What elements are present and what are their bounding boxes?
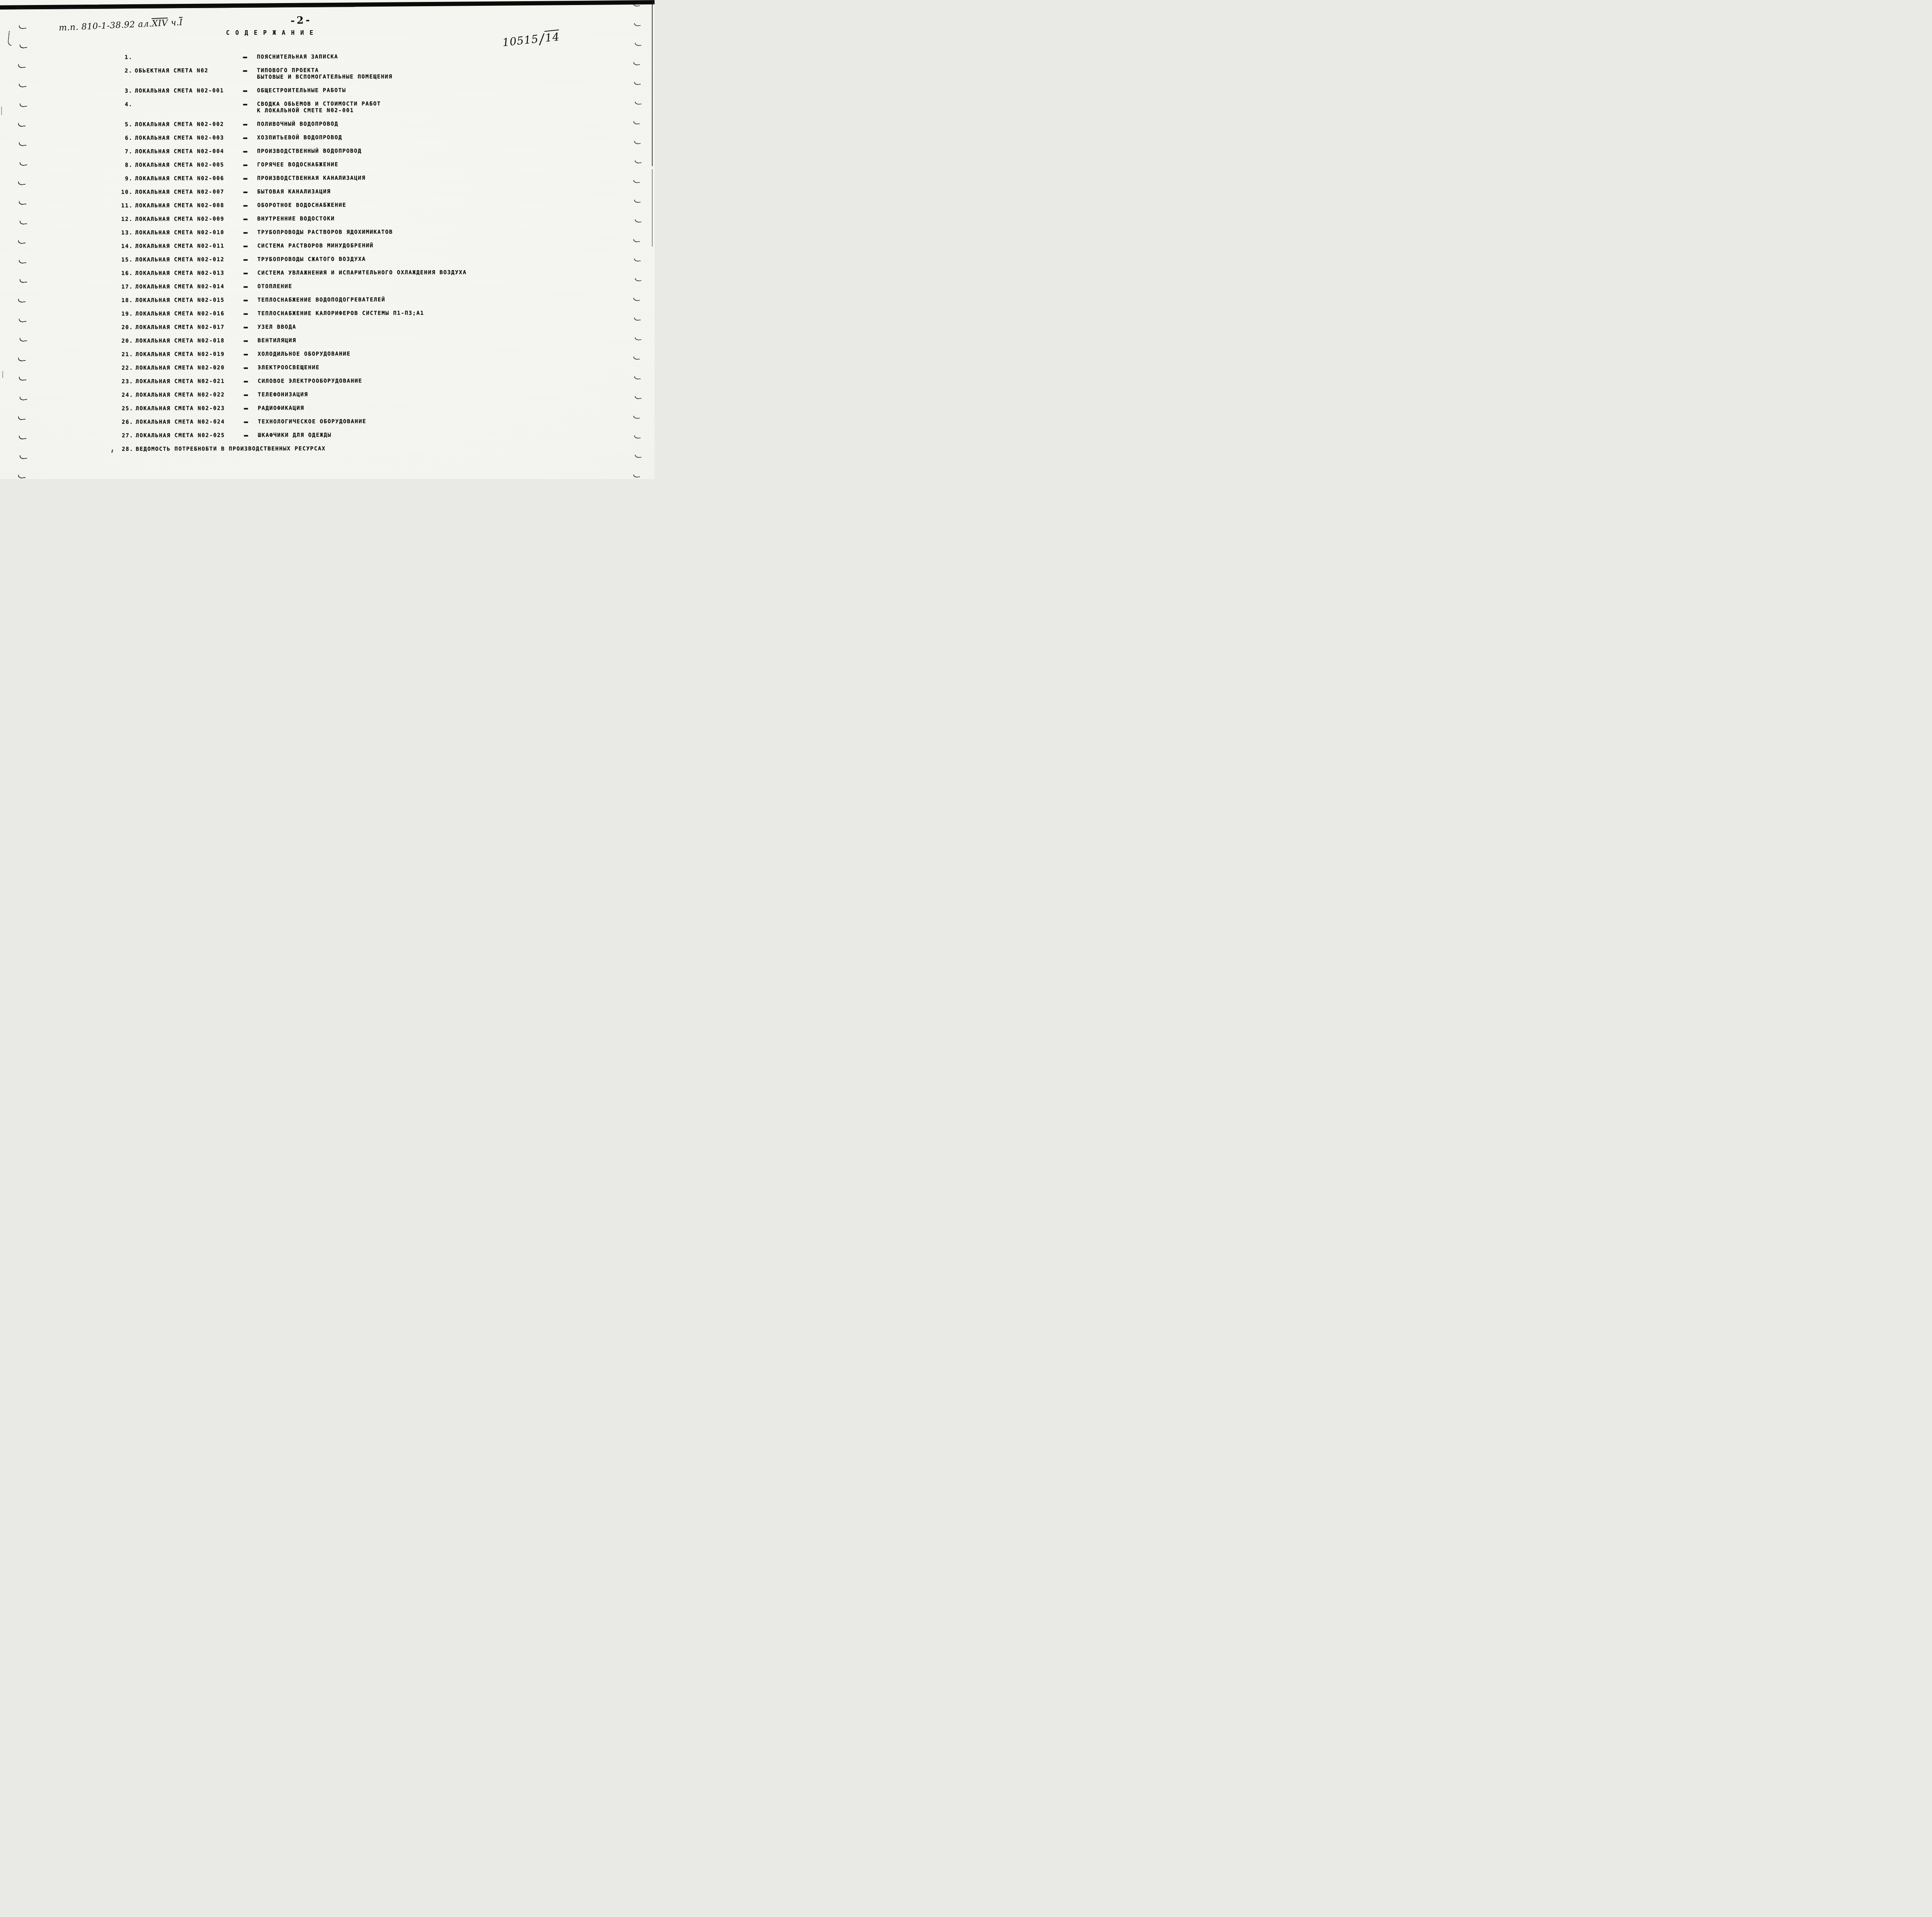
registration-mark	[633, 121, 640, 124]
registration-mark	[635, 42, 642, 46]
estimate-name: ЛОКАЛЬНАЯ СМЕТА N02-011	[135, 243, 243, 250]
separator-col	[243, 297, 257, 301]
separator-col	[243, 324, 257, 328]
separator-col	[242, 88, 257, 92]
estimate-name: ЛОКАЛЬНАЯ СМЕТА N02-024	[136, 419, 243, 426]
registration-mark	[635, 101, 642, 105]
registration-mark	[19, 454, 27, 459]
dash-icon	[243, 300, 248, 301]
item-description: СИСТЕМА УВЛАЖНЕНИЯ И ИСПАРИТЕЛЬНОГО ОХЛА…	[257, 269, 564, 276]
estimate-name: ЛОКАЛЬНАЯ СМЕТА N02-010	[135, 230, 243, 236]
estimate-name: ЛОКАЛЬНАЯ СМЕТА N02-014	[135, 284, 243, 291]
item-description: ТЕХНОЛОГИЧЕСКОЕ ОБОРУДОВАНИЕ	[258, 418, 565, 425]
item-number: 20.	[116, 338, 133, 344]
toc-row: 26. ЛОКАЛЬНАЯ СМЕТА N02-024 ТЕХНОЛОГИЧЕС…	[116, 418, 565, 425]
item-description: ПРОИЗВОДСТВЕННАЯ КАНАЛИЗАЦИЯ	[257, 174, 564, 182]
registration-mark	[18, 122, 26, 127]
registration-mark	[19, 376, 26, 381]
toc-row: 14. ЛОКАЛЬНАЯ СМЕТА N02-011 СИСТЕМА РАСТ…	[116, 242, 564, 250]
item-number: 26.	[116, 419, 133, 425]
separator-col	[242, 175, 257, 180]
toc-row: 11. ЛОКАЛЬНАЯ СМЕТА N02-008 ОБОРОТНОЕ ВО…	[116, 201, 564, 209]
estimate-name	[135, 54, 242, 54]
estimate-name: ЛОКАЛЬНАЯ СМЕТА N02-008	[135, 202, 243, 209]
item-number: 18.	[116, 297, 133, 304]
item-number: 4.	[116, 101, 133, 108]
toc-row: 10. ЛОКАЛЬНАЯ СМЕТА N02-007 БЫТОВАЯ КАНА…	[116, 188, 564, 196]
registration-mark	[633, 62, 640, 66]
item-description: ПОЯСНИТЕЛЬНАЯ ЗАПИСКА	[257, 53, 564, 60]
separator-col	[243, 392, 258, 396]
registration-mark	[19, 44, 27, 49]
ink-hook-artifact	[7, 31, 13, 46]
registration-mark	[634, 258, 641, 262]
dash-icon	[243, 205, 248, 207]
toc-row: 25. ЛОКАЛЬНАЯ СМЕТА N02-023 РАДИОФИКАЦИЯ	[116, 404, 565, 412]
toc-row: 27. ЛОКАЛЬНАЯ СМЕТА N02-025 ШКАФЧИКИ ДЛЯ…	[116, 431, 565, 439]
registration-mark	[633, 298, 640, 301]
toc-row: 16. ЛОКАЛЬНАЯ СМЕТА N02-013 СИСТЕМА УВЛА…	[116, 269, 564, 277]
item-number: 28.	[116, 446, 133, 452]
estimate-name	[135, 101, 242, 102]
item-description: СИСТЕМА РАСТВОРОВ МИНУДОБРЕНИЙ	[257, 242, 564, 249]
edge-tick-artifact	[1, 107, 2, 115]
item-number: 6.	[116, 135, 133, 141]
estimate-name: ВЕДОМОСТЬ ПОТРЕБНОБТИ В ПРОИЗВОДСТВЕННЫХ…	[136, 446, 325, 452]
item-number: 17.	[116, 284, 133, 290]
registration-mark	[635, 454, 641, 458]
registration-mark	[19, 396, 27, 401]
estimate-name: ОБЬЕКТНАЯ СМЕТА N02	[135, 68, 242, 75]
toc-list: 1. ПОЯСНИТЕЛЬНАЯ ЗАПИСКА 2. ОБЬЕКТНАЯ СМ…	[116, 53, 565, 459]
estimate-name: ЛОКАЛЬНАЯ СМЕТА N02-021	[136, 378, 243, 385]
dash-icon	[243, 178, 247, 180]
separator-col	[242, 162, 257, 166]
doc-code-prefix: т.п. 810-1-38.92 ал.	[59, 19, 152, 33]
separator-col	[243, 378, 258, 383]
item-number: 2.	[116, 68, 133, 74]
estimate-name: ЛОКАЛЬНАЯ СМЕТА N02-018	[136, 338, 243, 345]
dash-icon	[244, 367, 248, 369]
dash-icon	[244, 354, 248, 356]
separator-col	[242, 101, 257, 105]
toc-row: 8. ЛОКАЛЬНАЯ СМЕТА N02-005 ГОРЯЧЕЕ ВОДОС…	[116, 161, 564, 168]
item-number: 11.	[116, 202, 133, 209]
registration-mark	[19, 435, 26, 440]
item-number: 22.	[116, 365, 133, 371]
item-description: ОТОПЛЕНИЕ	[257, 282, 564, 290]
toc-row: 15. ЛОКАЛЬНАЯ СМЕТА N02-012 ТРУБОПРОВОДЫ…	[116, 255, 564, 263]
registration-mark	[19, 278, 27, 283]
dash-icon	[243, 124, 247, 126]
dash-icon	[243, 57, 247, 58]
dash-icon	[243, 273, 248, 274]
dash-icon	[243, 70, 247, 72]
registration-mark	[19, 102, 27, 108]
estimate-name: ЛОКАЛЬНАЯ СМЕТА N02-013	[135, 270, 243, 277]
item-description: ХОЗПИТЬЕВОЙ ВОДОПРОВОД	[257, 134, 564, 141]
item-description: ТЕПЛОСНАБЖЕНИЕ ВОДОПОДОГРЕВАТЕЛЕЙ	[257, 296, 564, 303]
toc-row: 12. ЛОКАЛЬНАЯ СМЕТА N02-009 ВНУТРЕННИЕ В…	[116, 215, 564, 223]
item-description: ТРУБОПРОВОДЫ РАСТВОРОВ ЯДОХИМИКАТОВ	[257, 228, 564, 236]
item-description: СВОДКА ОБЬЕМОВ И СТОИМОСТИ РАБОТК ЛОКАЛЬ…	[257, 100, 564, 114]
item-description: ХОЛОДИЛЬНОЕ ОБОРУДОВАНИЕ	[258, 350, 565, 357]
estimate-name: ЛОКАЛЬНАЯ СМЕТА N02-017	[135, 324, 243, 331]
registration-mark	[19, 220, 27, 225]
doc-code-album: XIV	[151, 18, 168, 29]
registration-mark	[634, 199, 641, 203]
item-number: 9.	[116, 175, 133, 182]
dash-icon	[243, 138, 247, 139]
registration-mark	[19, 161, 27, 166]
registration-mark	[633, 415, 640, 419]
estimate-name: ЛОКАЛЬНАЯ СМЕТА N02-003	[135, 135, 242, 142]
estimate-name: ЛОКАЛЬНАЯ СМЕТА N02-005	[135, 162, 242, 169]
registration-mark	[633, 474, 640, 478]
registration-mark	[635, 160, 642, 164]
item-number: 16.	[116, 270, 133, 277]
toc-row: 24. ЛОКАЛЬНАЯ СМЕТА N02-022 ТЕЛЕФОНИЗАЦИ…	[116, 391, 565, 398]
separator-col	[243, 338, 258, 342]
registration-mark	[19, 317, 26, 323]
item-number: 7.	[116, 148, 133, 155]
item-description: СИЛОВОЕ ЭЛЕКТРООБОРУДОВАНИЕ	[258, 377, 565, 384]
estimate-name: ЛОКАЛЬНАЯ СМЕТА N02-016	[135, 311, 243, 318]
item-description: ПРОИЗВОДСТВЕННЫЙ ВОДОПРОВОД	[257, 147, 564, 155]
separator-col	[243, 284, 257, 288]
item-number: 1.	[116, 54, 133, 61]
doc-code-part-label: ч.	[171, 18, 180, 28]
dash-icon	[244, 395, 248, 396]
dash-icon	[244, 422, 248, 423]
registration-mark	[18, 180, 26, 186]
registration-mark	[19, 259, 26, 264]
item-description: ШКАФЧИКИ ДЛЯ ОДЕЖДЫ	[258, 431, 565, 439]
registration-mark	[635, 337, 642, 340]
separator-col	[243, 216, 257, 220]
item-number: 3.	[116, 88, 133, 94]
registration-mark	[634, 317, 641, 321]
item-number: 12.	[116, 216, 133, 223]
toc-row: 28. ВЕДОМОСТЬ ПОТРЕБНОБТИ В ПРОИЗВОДСТВЕ…	[116, 445, 565, 452]
separator-col	[243, 202, 257, 207]
registration-mark	[634, 81, 641, 85]
registration-mark	[19, 200, 26, 205]
estimate-name: ЛОКАЛЬНАЯ СМЕТА N02-007	[135, 189, 243, 196]
item-description: ТРУБОПРОВОДЫ СЖАТОГО ВОЗДУХА	[257, 255, 564, 263]
item-description: ТИПОВОГО ПРОЕКТАБЫТОВЫЕ И ВСПОМОГАТЕЛЬНЫ…	[257, 66, 564, 80]
film-edge-line	[652, 169, 653, 247]
registration-mark	[633, 356, 640, 360]
estimate-name: ЛОКАЛЬНАЯ СМЕТА N02-006	[135, 175, 242, 182]
dash-icon	[243, 165, 247, 166]
film-edge-line	[652, 0, 653, 166]
separator-col	[243, 351, 258, 356]
registration-mark	[633, 238, 640, 243]
toc-row: 4. СВОДКА ОБЬЕМОВ И СТОИМОСТИ РАБОТК ЛОК…	[116, 100, 564, 114]
item-description: ГОРЯЧЕЕ ВОДОСНАБЖЕНИЕ	[257, 161, 564, 168]
ink-tick-artifact	[111, 449, 113, 453]
estimate-name: ЛОКАЛЬНАЯ СМЕТА N02-009	[135, 216, 243, 223]
item-description: УЗЕЛ ВВОДА	[257, 323, 564, 330]
separator-col	[242, 135, 257, 139]
item-description: ТЕПЛОСНАБЖЕНИЕ КАЛОРИФЕРОВ СИСТЕМЫ П1-П3…	[257, 310, 564, 317]
dash-icon	[243, 327, 248, 328]
separator-col	[243, 257, 257, 261]
registration-mark	[19, 337, 27, 342]
registration-mark	[18, 474, 26, 479]
toc-row: 9. ЛОКАЛЬНАЯ СМЕТА N02-006 ПРОИЗВОДСТВЕН…	[116, 174, 564, 182]
toc-row: 22. ЛОКАЛЬНАЯ СМЕТА N02-020 ЭЛЕКТРООСВЕЩ…	[116, 364, 565, 371]
separator-col	[242, 54, 257, 58]
estimate-name: ЛОКАЛЬНАЯ СМЕТА N02-001	[135, 88, 242, 95]
item-description: ПОЛИВОЧНЫЙ ВОДОПРОВОД	[257, 120, 564, 128]
dash-icon	[243, 286, 248, 288]
item-number: 25.	[116, 405, 133, 412]
registration-mark	[633, 3, 640, 7]
registration-mark	[18, 239, 26, 245]
registration-mark	[634, 22, 641, 26]
item-description: ВЕНТИЛЯЦИЯ	[258, 337, 565, 344]
handwritten-doc-code: т.п. 810-1-38.92 ал.XIV ч.I	[59, 18, 183, 33]
item-description	[340, 445, 565, 446]
toc-row: 21. ЛОКАЛЬНАЯ СМЕТА N02-019 ХОЛОДИЛЬНОЕ …	[116, 350, 565, 358]
toc-row: 20. ЛОКАЛЬНАЯ СМЕТА N02-017 УЗЕЛ ВВОДА	[116, 323, 564, 331]
registration-mark	[634, 435, 641, 439]
page-number: -2-	[290, 14, 312, 27]
item-number: 19.	[116, 311, 133, 317]
estimate-name: ЛОКАЛЬНАЯ СМЕТА N02-002	[135, 121, 242, 128]
estimate-name: ЛОКАЛЬНАЯ СМЕТА N02-023	[136, 405, 243, 412]
toc-row: 13. ЛОКАЛЬНАЯ СМЕТА N02-010 ТРУБОПРОВОДЫ…	[116, 228, 564, 236]
registration-mark	[18, 357, 26, 362]
toc-row: 19. ЛОКАЛЬНАЯ СМЕТА N02-016 ТЕПЛОСНАБЖЕН…	[116, 310, 564, 317]
toc-row: 2. ОБЬЕКТНАЯ СМЕТА N02 ТИПОВОГО ПРОЕКТАБ…	[116, 66, 564, 81]
item-description: ОБЩЕСТРОИТЕЛЬНЫЕ РАБОТЫ	[257, 87, 564, 94]
dash-icon	[243, 104, 247, 105]
dash-icon	[244, 435, 248, 437]
item-description: ОБОРОТНОЕ ВОДОСНАБЖЕНИЕ	[257, 201, 564, 209]
item-description: РАДИОФИКАЦИЯ	[258, 404, 565, 412]
estimate-name: ЛОКАЛЬНАЯ СМЕТА N02-004	[135, 148, 242, 155]
toc-row: 7. ЛОКАЛЬНАЯ СМЕТА N02-004 ПРОИЗВОДСТВЕН…	[116, 147, 564, 155]
toc-row: 20. ЛОКАЛЬНАЯ СМЕТА N02-018 ВЕНТИЛЯЦИЯ	[116, 337, 565, 344]
registration-mark	[634, 376, 641, 380]
doc-code-part: I	[179, 18, 183, 27]
item-number: 10.	[116, 189, 133, 196]
estimate-name: ЛОКАЛЬНАЯ СМЕТА N02-012	[135, 257, 243, 264]
estimate-name: ЛОКАЛЬНАЯ СМЕТА N02-019	[136, 351, 243, 358]
separator-col	[242, 121, 257, 126]
item-number: 13.	[116, 230, 133, 236]
toc-row: 6. ЛОКАЛЬНАЯ СМЕТА N02-003 ХОЗПИТЬЕВОЙ В…	[116, 134, 564, 141]
archive-suffix: 14	[544, 30, 560, 44]
archive-number: 10515	[502, 32, 539, 49]
separator-col	[243, 270, 257, 274]
registration-mark	[18, 298, 26, 303]
toc-row: 1. ПОЯСНИТЕЛЬНАЯ ЗАПИСКА	[116, 53, 564, 61]
edge-tick-artifact	[2, 371, 3, 378]
separator-col	[242, 148, 257, 153]
toc-row: 23. ЛОКАЛЬНАЯ СМЕТА N02-021 СИЛОВОЕ ЭЛЕК…	[116, 377, 565, 385]
registration-mark	[635, 395, 642, 400]
registration-mark	[634, 140, 641, 144]
registration-mark	[633, 179, 640, 183]
registration-mark	[19, 83, 26, 88]
dash-icon	[243, 192, 248, 193]
separator-col	[243, 230, 257, 234]
dash-icon	[243, 90, 247, 92]
item-number: 21.	[116, 351, 133, 358]
registration-mark	[19, 24, 26, 29]
estimate-name: ЛОКАЛЬНАЯ СМЕТА N02-015	[135, 297, 243, 304]
separator-col	[243, 365, 258, 369]
item-number: 8.	[116, 162, 133, 168]
dash-icon	[243, 313, 248, 315]
registration-mark	[19, 141, 26, 146]
item-description: БЫТОВАЯ КАНАЛИЗАЦИЯ	[257, 188, 564, 195]
toc-row: 3. ЛОКАЛЬНАЯ СМЕТА N02-001 ОБЩЕСТРОИТЕЛЬ…	[116, 87, 564, 94]
registration-mark	[635, 278, 642, 282]
separator-col	[243, 432, 258, 437]
estimate-name: ЛОКАЛЬНАЯ СМЕТА N02-020	[136, 365, 243, 372]
separator-col	[243, 311, 257, 315]
dash-icon	[243, 246, 248, 247]
separator-col	[242, 68, 257, 72]
separator-col	[243, 189, 257, 193]
toc-row: 5. ЛОКАЛЬНАЯ СМЕТА N02-002 ПОЛИВОЧНЫЙ ВО…	[116, 120, 564, 128]
scanned-document-page: т.п. 810-1-38.92 ал.XIV ч.I -2- СОДЕРЖАН…	[0, 0, 655, 479]
separator-col	[243, 243, 257, 247]
item-number: 5.	[116, 121, 133, 128]
dash-icon	[244, 340, 248, 342]
registration-mark	[18, 63, 26, 68]
dash-icon	[244, 408, 248, 410]
toc-row: 18. ЛОКАЛЬНАЯ СМЕТА N02-015 ТЕПЛОСНАБЖЕН…	[116, 296, 564, 304]
item-description: ЭЛЕКТРООСВЕЩЕНИЕ	[258, 364, 565, 371]
item-number: 14.	[116, 243, 133, 250]
item-number: 20.	[116, 324, 133, 331]
registration-mark	[18, 415, 26, 420]
item-number: 27.	[116, 432, 133, 439]
item-number: 15.	[116, 257, 133, 263]
dash-icon	[243, 219, 248, 220]
item-description: ТЕЛЕФОНИЗАЦИЯ	[258, 391, 565, 398]
page-title: СОДЕРЖАНИЕ	[226, 29, 319, 36]
item-description: ВНУТРЕННИЕ ВОДОСТОКИ	[257, 215, 564, 222]
registration-mark	[635, 219, 641, 223]
estimate-name: ЛОКАЛЬНАЯ СМЕТА N02-022	[136, 392, 243, 399]
handwritten-archive-number: 10515/14	[502, 29, 560, 51]
estimate-name: ЛОКАЛЬНАЯ СМЕТА N02-025	[136, 432, 243, 439]
dash-icon	[243, 259, 248, 261]
toc-row: 17. ЛОКАЛЬНАЯ СМЕТА N02-014 ОТОПЛЕНИЕ	[116, 282, 564, 290]
item-number: 23.	[116, 378, 133, 385]
dash-icon	[243, 232, 248, 234]
item-number: 24.	[116, 392, 133, 398]
dash-icon	[243, 151, 247, 153]
separator-col	[243, 419, 258, 423]
dash-icon	[244, 381, 248, 383]
separator-col	[243, 405, 258, 410]
